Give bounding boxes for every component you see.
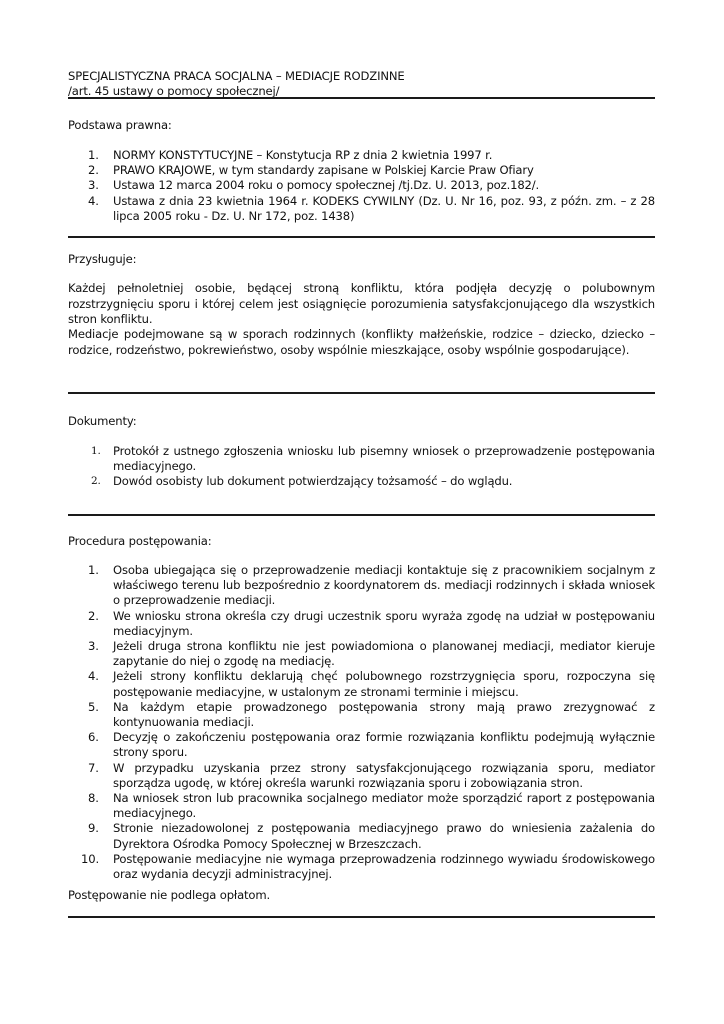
procedure-heading: Procedura postępowania:: [68, 534, 655, 550]
list-item: 2.Dowód osobisty lub dokument potwierdza…: [68, 474, 655, 489]
list-marker: 1.: [88, 563, 99, 578]
list-item: 2.We wniosku strona określa czy drugi uc…: [68, 609, 655, 639]
list-item: 6.Decyzję o zakończeniu postępowania ora…: [68, 730, 655, 760]
section-divider: [68, 392, 655, 394]
list-item-text: Na wniosek stron lub pracownika socjalne…: [113, 791, 655, 820]
list-item-text: Na każdym etapie prowadzonego postępowan…: [113, 700, 655, 729]
list-marker: 9.: [88, 821, 99, 836]
list-item: 3.Ustawa 12 marca 2004 roku o pomocy spo…: [68, 178, 655, 193]
list-marker: 4.: [88, 194, 99, 209]
documents-list: 1.Protokół z ustnego zgłoszenia wniosku …: [68, 444, 655, 490]
fees-note: Postępowanie nie podlega opłatom.: [68, 888, 655, 904]
list-marker: 3.: [88, 639, 99, 654]
list-item-text: Stronie niezadowolonej z postępowania me…: [113, 821, 655, 850]
list-marker: 2.: [91, 474, 101, 489]
list-marker: 2.: [88, 163, 99, 178]
eligibility-paragraph-2: Mediacje podejmowane są w sporach rodzin…: [68, 327, 655, 358]
list-item-text: Osoba ubiegająca się o przeprowadzenie m…: [113, 563, 655, 607]
section-divider: [68, 236, 655, 238]
legal-basis-heading: Podstawa prawna:: [68, 118, 655, 134]
list-item-text: Ustawa 12 marca 2004 roku o pomocy społe…: [113, 178, 539, 192]
document-title: SPECJALISTYCZNA PRACA SOCJALNA – MEDIACJ…: [68, 69, 655, 85]
list-item-text: Protokół z ustnego zgłoszenia wniosku lu…: [113, 444, 655, 473]
list-item-text: PRAWO KRAJOWE, w tym standardy zapisane …: [113, 163, 534, 177]
list-item: 4.Ustawa z dnia 23 kwietnia 1964 r. KODE…: [68, 194, 655, 224]
list-item-text: Ustawa z dnia 23 kwietnia 1964 r. KODEKS…: [113, 194, 655, 223]
list-item: 7.W przypadku uzyskania przez strony sat…: [68, 761, 655, 791]
list-item: 2.PRAWO KRAJOWE, w tym standardy zapisan…: [68, 163, 655, 178]
list-marker: 7.: [88, 761, 99, 776]
list-item-text: We wniosku strona określa czy drugi ucze…: [113, 609, 655, 638]
eligibility-heading: Przysługuje:: [68, 252, 655, 268]
list-item-text: Decyzję o zakończeniu postępowania oraz …: [113, 730, 655, 759]
list-item: 4.Jeżeli strony konfliktu deklarują chęć…: [68, 669, 655, 699]
list-marker: 8.: [88, 791, 99, 806]
list-item-text: Jeżeli druga strona konfliktu nie jest p…: [113, 639, 655, 668]
list-item-text: Dowód osobisty lub dokument potwierdzają…: [113, 474, 512, 488]
eligibility-paragraph-1: Każdej pełnoletniej osobie, będącej stro…: [68, 281, 655, 328]
list-marker: 5.: [88, 700, 99, 715]
section-divider: [68, 916, 655, 918]
header-divider: [68, 97, 655, 99]
section-divider: [68, 514, 655, 516]
list-item: 9.Stronie niezadowolonej z postępowania …: [68, 821, 655, 851]
procedure-list: 1.Osoba ubiegająca się o przeprowadzenie…: [68, 563, 655, 882]
documents-heading: Dokumenty:: [68, 414, 655, 430]
list-item: 1.Osoba ubiegająca się o przeprowadzenie…: [68, 563, 655, 609]
list-item: 1.Protokół z ustnego zgłoszenia wniosku …: [68, 444, 655, 474]
legal-basis-list: 1.NORMY KONSTYTUCYJNE – Konstytucja RP z…: [68, 148, 655, 224]
list-marker: 1.: [88, 148, 99, 163]
list-item-text: W przypadku uzyskania przez strony satys…: [113, 761, 655, 790]
list-marker: 3.: [88, 178, 99, 193]
list-item: 1.NORMY KONSTYTUCYJNE – Konstytucja RP z…: [68, 148, 655, 163]
list-item: 8.Na wniosek stron lub pracownika socjal…: [68, 791, 655, 821]
list-marker: 6.: [88, 730, 99, 745]
list-item-text: NORMY KONSTYTUCYJNE – Konstytucja RP z d…: [113, 148, 492, 162]
list-item-text: Postępowanie mediacyjne nie wymaga przep…: [113, 852, 655, 881]
list-marker: 10.: [81, 852, 99, 867]
list-item: 3.Jeżeli druga strona konfliktu nie jest…: [68, 639, 655, 669]
list-marker: 2.: [88, 609, 99, 624]
list-marker: 4.: [88, 669, 99, 684]
list-item-text: Jeżeli strony konfliktu deklarują chęć p…: [113, 669, 655, 698]
list-marker: 1.: [91, 444, 101, 459]
list-item: 5.Na każdym etapie prowadzonego postępow…: [68, 700, 655, 730]
list-item: 10.Postępowanie mediacyjne nie wymaga pr…: [68, 852, 655, 882]
